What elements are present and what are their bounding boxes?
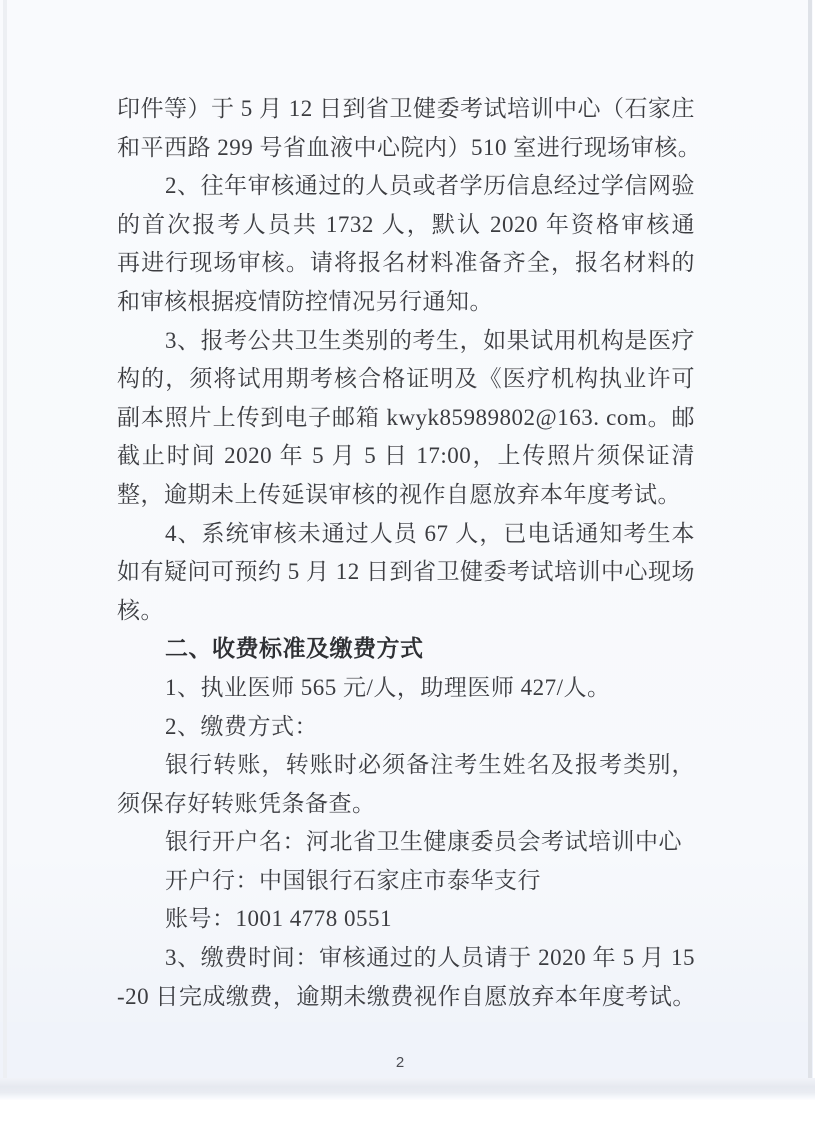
text-line: 银行开户名：河北省卫生健康委员会考试培训中心 <box>117 823 695 862</box>
text-line: 1、执业医师 565 元/人，助理医师 427/人。 <box>117 669 695 708</box>
text-line: 截止时间 2020 年 5 月 5 日 17:00，上传照片须保证清晰、完 <box>117 437 695 476</box>
text-line: -20 日完成缴费，逾期未缴费视作自愿放弃本年度考试。 <box>117 978 695 1017</box>
text-line: 2、缴费方式： <box>117 708 695 747</box>
text-line: 账号：1001 4778 0551 <box>117 900 695 939</box>
text-line: 构的，须将试用期考核合格证明及《医疗机构执业许可证》 <box>117 360 695 399</box>
text-line: 4、系统审核未通过人员 67 人，已电话通知考生本人。 <box>117 515 695 554</box>
page-number: 2 <box>388 1054 412 1071</box>
document-text: 印件等）于 5 月 12 日到省卫健委考试培训中心（石家庄市 和平西路 299 … <box>117 90 695 1016</box>
text-line: 和审核根据疫情防控情况另行通知。 <box>117 283 695 322</box>
text-line: 副本照片上传到电子邮箱 kwyk85989802@163. com。邮件接收 <box>117 399 695 438</box>
text-line: 如有疑问可预约 5 月 12 日到省卫健委考试培训中心现场审 <box>117 553 695 592</box>
scan-edge-right <box>808 0 812 1090</box>
text-line: 核。 <box>117 592 695 631</box>
text-line: 2、往年审核通过的人员或者学历信息经过学信网验证 <box>117 167 695 206</box>
section-heading: 二、收费标准及缴费方式 <box>117 630 695 669</box>
text-line: 印件等）于 5 月 12 日到省卫健委考试培训中心（石家庄市 <box>117 90 695 129</box>
text-line: 开户行：中国银行石家庄市泰华支行 <box>117 862 695 901</box>
text-line: 再进行现场审核。请将报名材料准备齐全，报名材料的提交 <box>117 244 695 283</box>
text-line: 3、缴费时间：审核通过的人员请于 2020 年 5 月 15 日 <box>117 939 695 978</box>
scanned-page: 印件等）于 5 月 12 日到省卫健委考试培训中心（石家庄市 和平西路 299 … <box>0 0 815 1148</box>
text-line: 须保存好转账凭条备查。 <box>117 785 695 824</box>
scan-tint-band <box>0 1022 813 1080</box>
scan-edge-left <box>3 0 7 1088</box>
text-line: 整，逾期未上传延误审核的视作自愿放弃本年度考试。 <box>117 476 695 515</box>
text-line: 的首次报考人员共 1732 人，默认 2020 年资格审核通过，不 <box>117 206 695 245</box>
text-line: 银行转账，转账时必须备注考生姓名及报考类别，考生 <box>117 746 695 785</box>
text-line: 3、报考公共卫生类别的考生，如果试用机构是医疗机 <box>117 322 695 361</box>
text-line: 和平西路 299 号省血液中心院内）510 室进行现场审核。 <box>117 129 695 168</box>
scan-edge-bottom <box>0 1078 815 1100</box>
